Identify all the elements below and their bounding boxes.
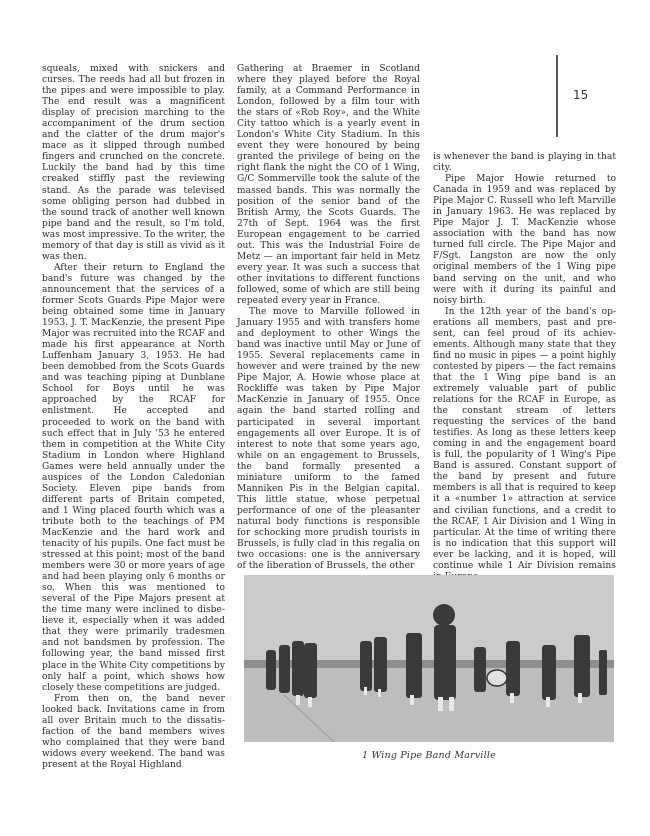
paragraph: squeals, mixed with snickers and curses.… <box>42 64 225 263</box>
paragraph: Gathering at Braemer in Scotland where t… <box>237 64 420 307</box>
paragraph: In the 12th year of the band's op­eratio… <box>433 307 616 583</box>
paragraph: is whenever the band is playing in that … <box>433 152 616 174</box>
paragraph: Pipe Major Howie returned to Canada in 1… <box>433 174 616 307</box>
paragraph: The move to Marville followed in January… <box>237 307 420 572</box>
paragraph: After their return to England the band's… <box>42 263 225 694</box>
pipe-band-photo <box>244 575 614 742</box>
column-3: is whenever the band is playing in that … <box>433 152 616 583</box>
vertical-rule <box>556 55 558 137</box>
paragraph: From then on, the band never looked back… <box>42 694 225 771</box>
pipe-band-image-icon <box>244 575 614 742</box>
photo-caption: 1 Wing Pipe Band Marville <box>244 750 614 761</box>
column-2: Gathering at Braemer in Scotland where t… <box>237 64 420 572</box>
column-1: squeals, mixed with snickers and curses.… <box>42 64 225 771</box>
page-number: 15 <box>573 88 588 102</box>
